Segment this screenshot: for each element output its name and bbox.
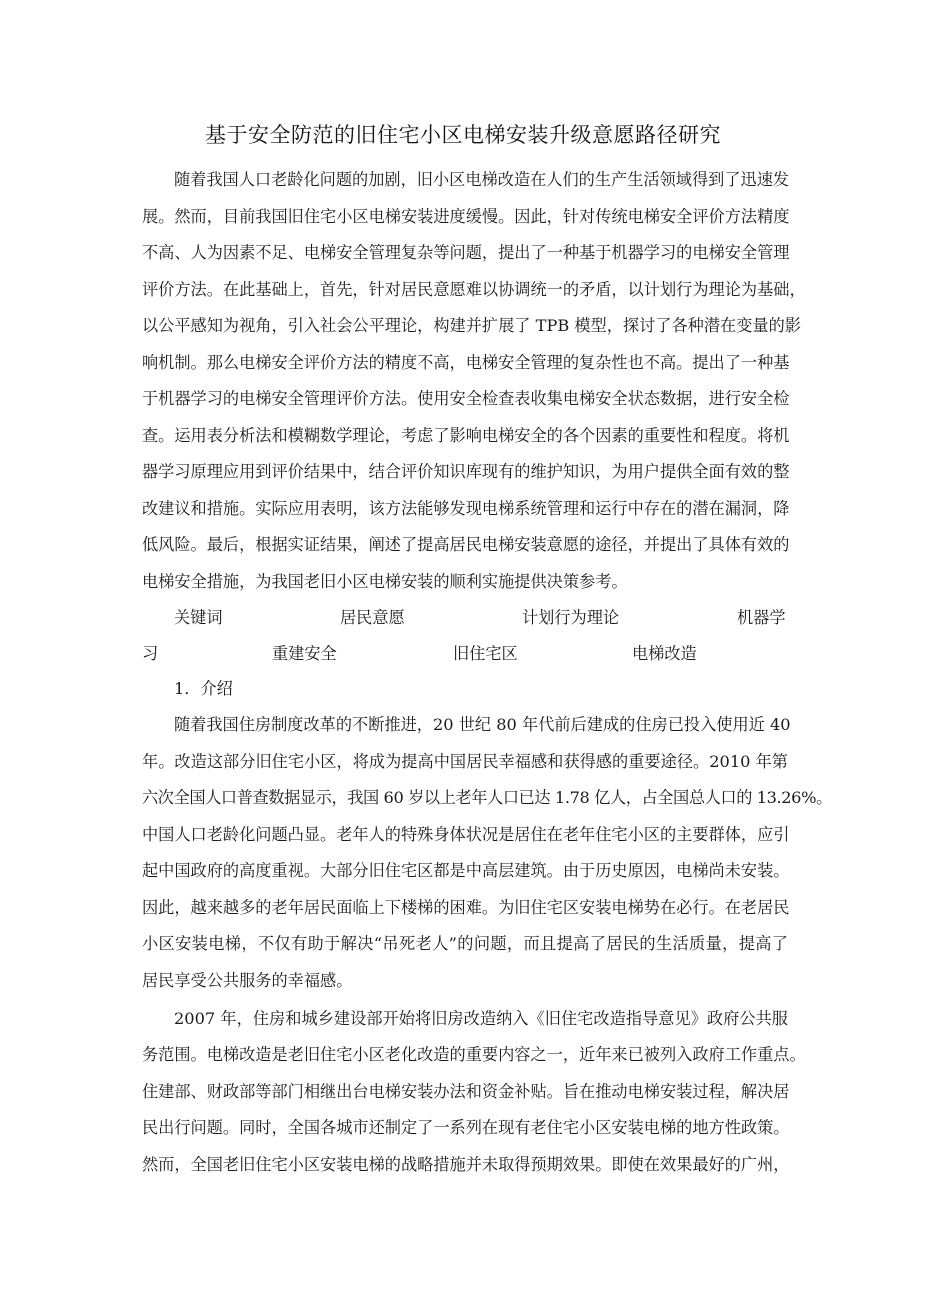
body-line: 随着我国住房制度改革的不断推进，20 世纪 80 年代前后建成的住房已投入使用近… <box>174 713 788 737</box>
keyword: 计划行为理论 <box>522 606 619 630</box>
body-line: 务范围。电梯改造是老旧住宅小区老化改造的重要内容之一，近年来已被列入政府工作重点… <box>142 1043 788 1067</box>
body-line: 民出行问题。同时，全国各城市还制定了一系列在现有老住宅小区安装电梯的地方性政策。 <box>142 1116 788 1140</box>
section-heading: 1．介绍 <box>174 677 233 701</box>
abstract-line: 低风险。最后，根据实证结果，阐述了提高居民电梯安装意愿的途径，并提出了具体有效的 <box>142 533 788 557</box>
keyword: 旧住宅区 <box>453 642 518 666</box>
abstract-line: 改建议和措施。实际应用表明，该方法能够发现电梯系统管理和运行中存在的潜在漏洞，降 <box>142 497 788 521</box>
keyword: 电梯改造 <box>632 642 697 666</box>
abstract-line: 不高、人为因素不足、电梯安全管理复杂等问题，提出了一种基于机器学习的电梯安全管理 <box>142 241 788 265</box>
abstract-line: 器学习原理应用到评价结果中，结合评价知识库现有的维护知识，为用户提供全面有效的整 <box>142 460 788 484</box>
body-line: 然而，全国老旧住宅小区安装电梯的战略措施并未取得预期效果。即使在效果最好的广州， <box>142 1153 788 1177</box>
body-line: 小区安装电梯，不仅有助于解决“吊死老人”的问题，而且提高了居民的生活质量，提高了 <box>142 932 788 956</box>
body-line: 因此，越来越多的老年居民面临上下楼梯的困难。为旧住宅区安装电梯势在必行。在老居民 <box>142 896 788 920</box>
document-title: 基于安全防范的旧住宅小区电梯安装升级意愿路径研究 <box>0 120 926 150</box>
body-line: 住建部、财政部等部门相继出台电梯安装办法和资金补贴。旨在推动电梯安装过程，解决居 <box>142 1080 788 1104</box>
keyword: 居民意愿 <box>340 606 405 630</box>
body-line: 起中国政府的高度重视。大部分旧住宅区都是中高层建筑。由于历史原因，电梯尚未安装。 <box>142 859 788 883</box>
body-line: 年。改造这部分旧住宅小区，将成为提高中国居民幸福感和获得感的重要途径。2010 … <box>142 750 788 774</box>
keyword: 习 <box>142 642 158 666</box>
abstract-line: 随着我国人口老龄化问题的加剧，旧小区电梯改造在人们的生产生活领域得到了迅速发 <box>174 168 788 192</box>
abstract-line: 评价方法。在此基础上，首先，针对居民意愿难以协调统一的矛盾，以计划行为理论为基础… <box>142 278 788 302</box>
abstract-line: 查。运用表分析法和模糊数学理论，考虑了影响电梯安全的各个因素的重要性和程度。将机 <box>142 424 788 448</box>
body-line: 2007 年，住房和城乡建设部开始将旧房改造纳入《旧住宅改造指导意见》政府公共服 <box>174 1007 788 1031</box>
body-line: 六次全国人口普查数据显示，我国 60 岁以上老年人口已达 1.78 亿人，占全国… <box>142 786 788 810</box>
keyword: 重建安全 <box>272 642 337 666</box>
abstract-line: 展。然而，目前我国旧住宅小区电梯安装进度缓慢。因此，针对传统电梯安全评价方法精度 <box>142 205 788 229</box>
abstract-line: 于机器学习的电梯安全管理评价方法。使用安全检查表收集电梯安全状态数据，进行安全检 <box>142 387 788 411</box>
keyword: 机器学 <box>737 606 786 630</box>
document-page: 基于安全防范的旧住宅小区电梯安装升级意愿路径研究 随着我国人口老龄化问题的加剧，… <box>0 0 926 1309</box>
body-line: 中国人口老龄化问题凸显。老年人的特殊身体状况是居住在老年住宅小区的主要群体，应引 <box>142 823 788 847</box>
abstract-line: 电梯安全措施，为我国老旧小区电梯安装的顺利实施提供决策参考。 <box>142 570 788 594</box>
abstract-line: 以公平感知为视角，引入社会公平理论，构建并扩展了 TPB 模型，探讨了各种潜在变… <box>142 314 788 338</box>
abstract-line: 响机制。那么电梯安全评价方法的精度不高，电梯安全管理的复杂性也不高。提出了一种基 <box>142 351 788 375</box>
body-line: 居民享受公共服务的幸福感。 <box>142 969 788 993</box>
keywords-label: 关键词 <box>174 606 223 630</box>
